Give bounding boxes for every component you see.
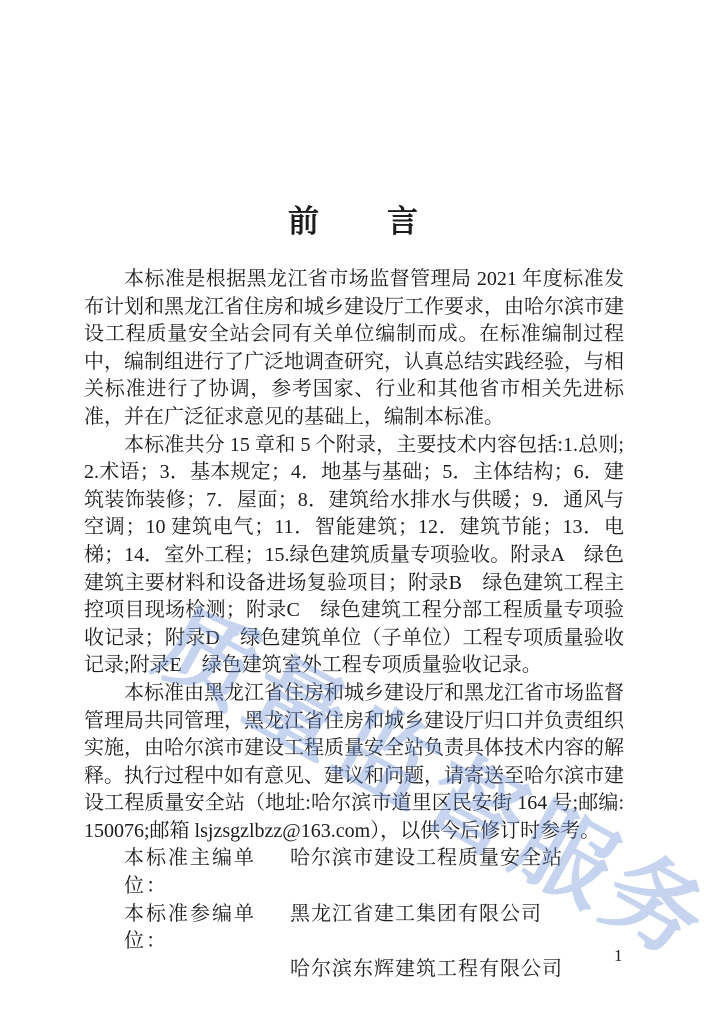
chief-editor-value: 哈尔滨市建设工程质量安全站 [290,845,624,900]
paragraph-intro: 本标准是根据黑龙江省市场监督管理局 2021 年度标准发布计划和黑龙江省住房和城… [84,266,624,432]
participant-editor-value-1: 黑龙江省建工集团有限公司 [290,901,624,956]
page-number: 1 [614,946,623,966]
page-title: 前 言 [84,196,624,241]
document-page: 质量监督服务 前 言 本标准是根据黑龙江省市场监督管理局 2021 年度标准发布… [0,0,706,1024]
participant-editor-value-2: 哈尔滨东辉建筑工程有限公司 [290,956,624,984]
paragraph-management: 本标准由黑龙江省住房和城乡建设厅和黑龙江省市场监督管理局共同管理，黑龙江省住房和… [84,680,624,846]
participant-editor-label: 本标准参编单位： [124,901,290,956]
chief-editor-label: 本标准主编单位： [124,845,290,900]
editing-units: 本标准主编单位： 哈尔滨市建设工程质量安全站 本标准参编单位： 黑龙江省建工集团… [84,845,624,983]
participant-editor-row: 本标准参编单位： 黑龙江省建工集团有限公司 [124,901,624,956]
chief-editor-row: 本标准主编单位： 哈尔滨市建设工程质量安全站 [124,845,624,900]
document-body: 本标准是根据黑龙江省市场监督管理局 2021 年度标准发布计划和黑龙江省住房和城… [84,266,624,983]
participant-editor-row-2: 哈尔滨东辉建筑工程有限公司 [124,956,624,984]
participant-editor-label-spacer [124,956,290,984]
paragraph-contents: 本标准共分 15 章和 5 个附录，主要技术内容包括:1.总则;2.术语；3．基… [84,432,624,680]
